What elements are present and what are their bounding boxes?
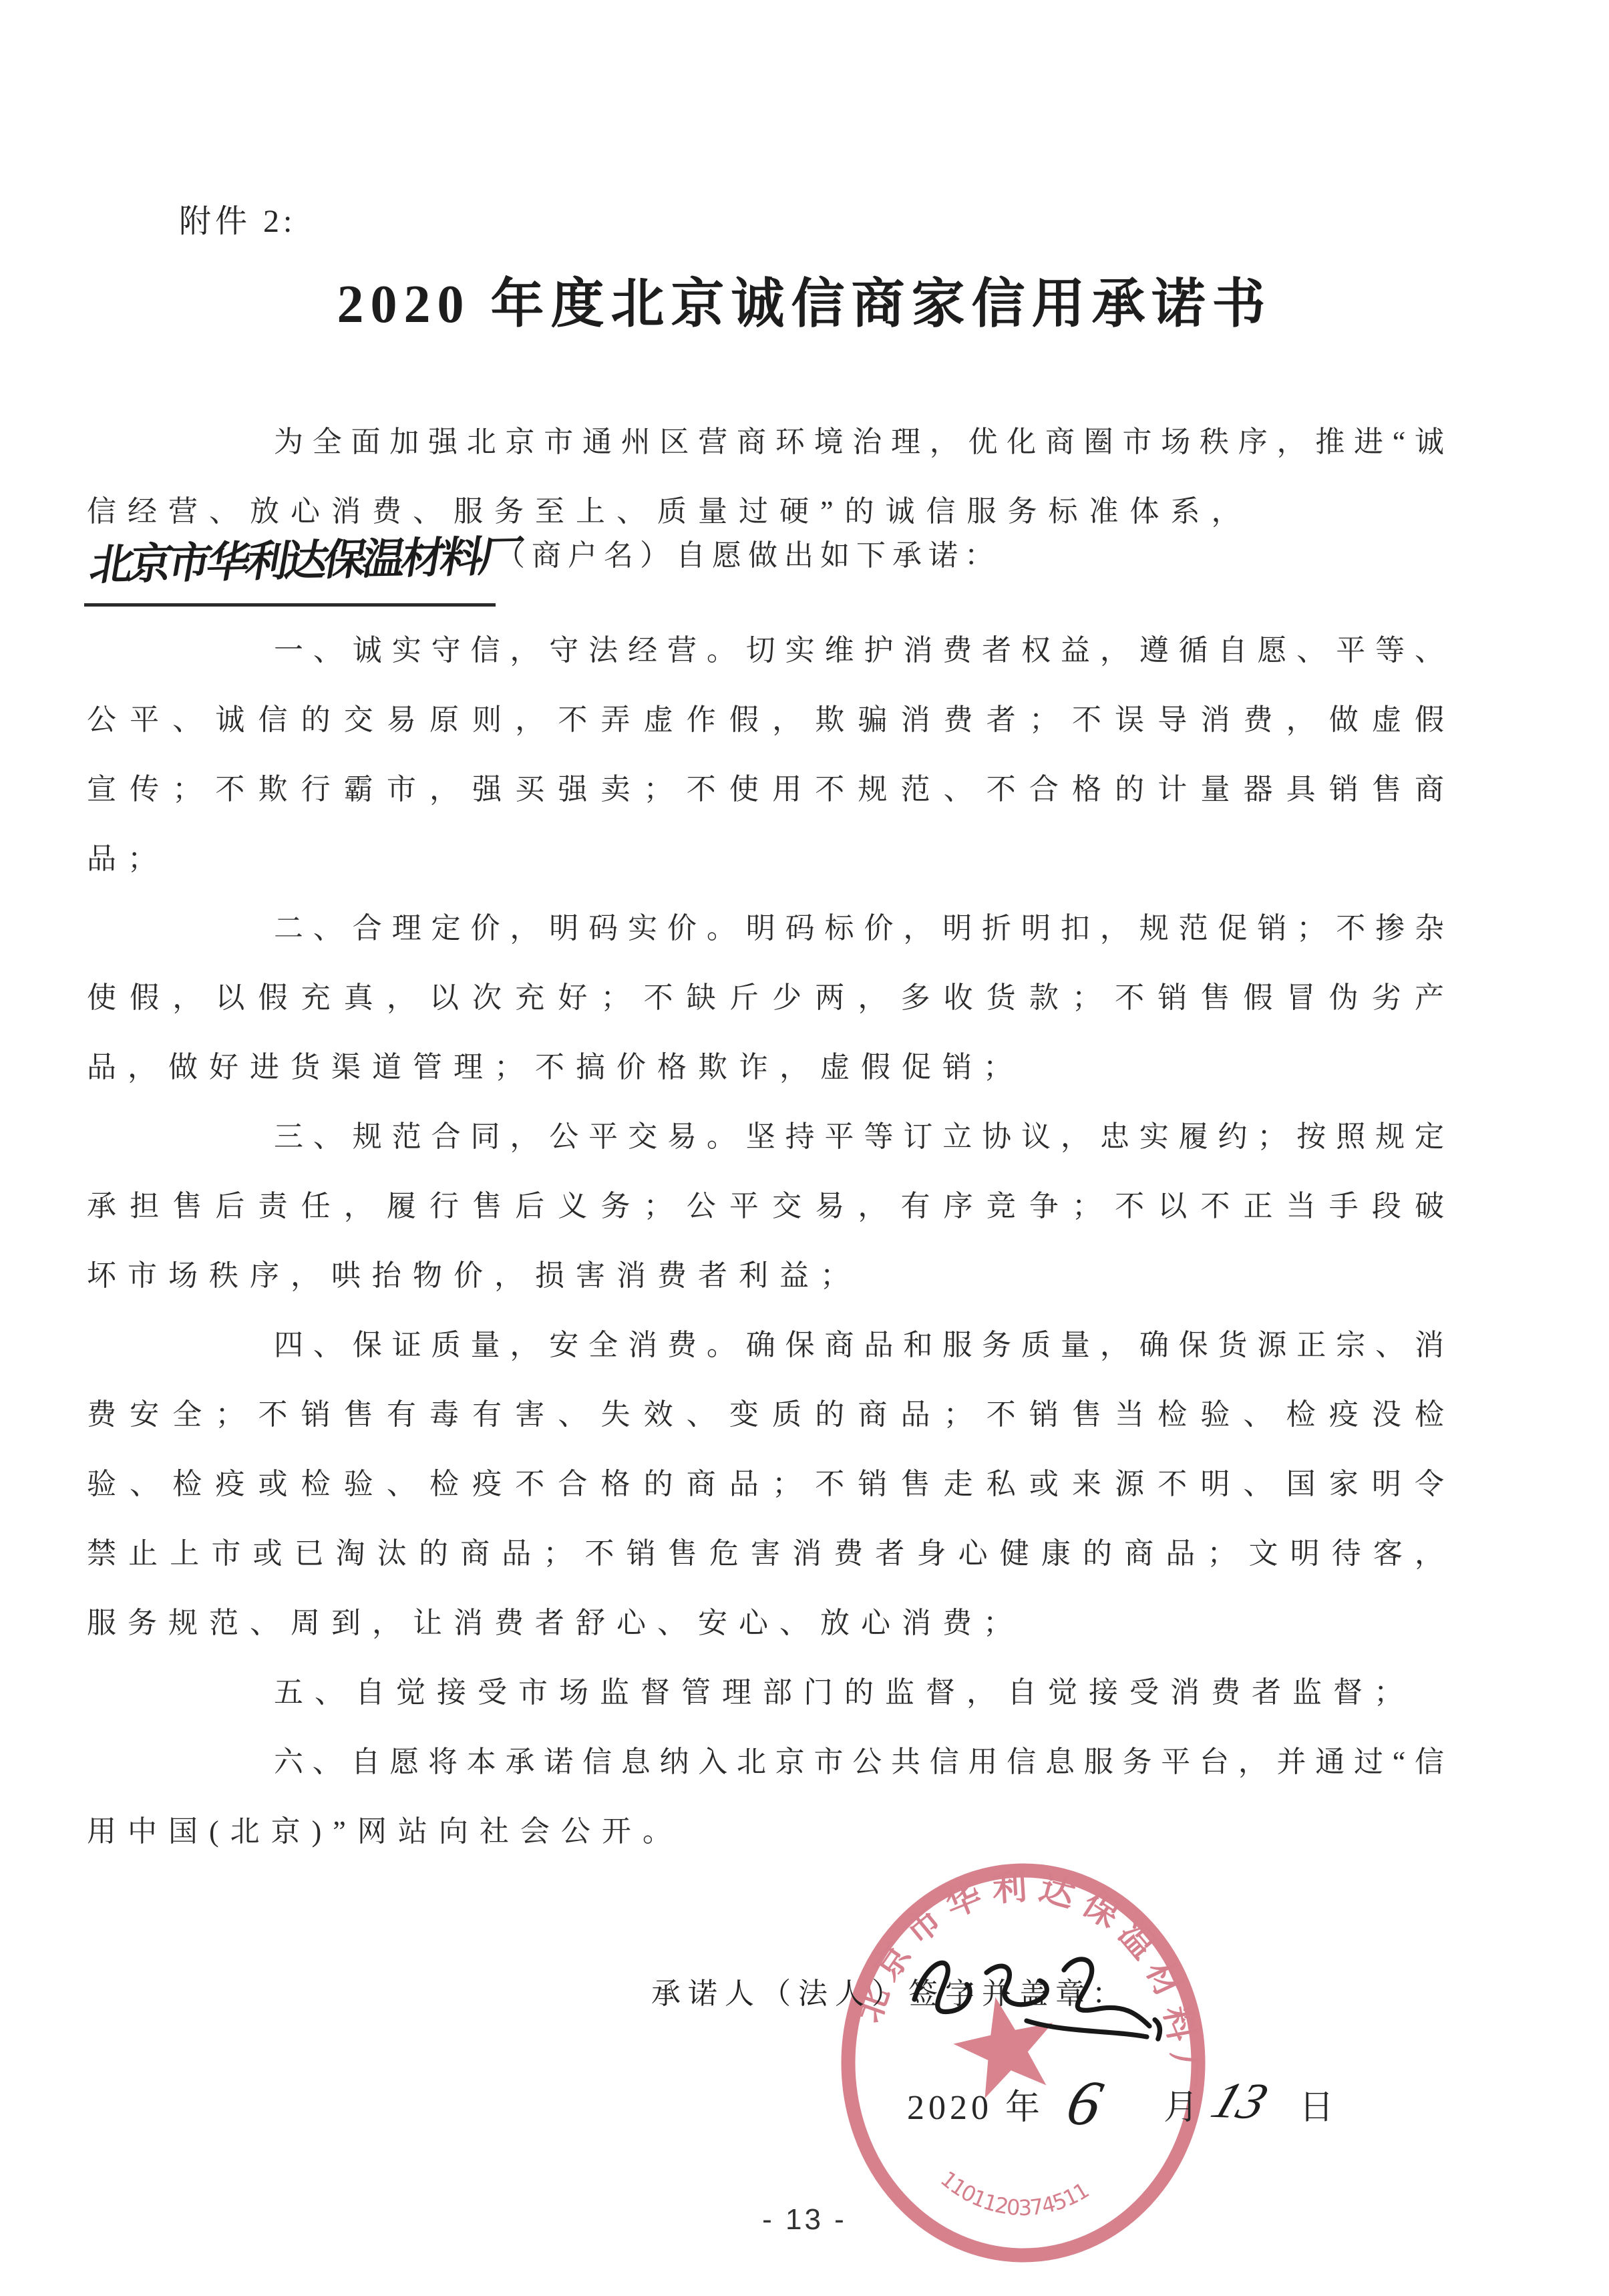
handwritten-day: 13 — [1204, 2072, 1275, 2132]
document-body: 为全面加强北京市通州区营商环境治理，优化商圈市场秩序，推进“诚 信经营、放心消费… — [87, 407, 1445, 1866]
date-year: 2020 年 — [907, 2079, 1044, 2129]
body-line: 品； — [87, 824, 1445, 894]
body-line: 服务规范、周到，让消费者舒心、安心、放心消费； — [87, 1589, 1445, 1658]
document-title: 2020 年度北京诚信商家信用承诺书 — [0, 261, 1609, 337]
body-line: 验、检疫或检验、检疫不合格的商品；不销售走私或来源不明、国家明令 — [87, 1450, 1445, 1519]
signature-scribble — [898, 1941, 1166, 2047]
body-line: 品，做好进货渠道管理；不搞价格欺诈，虚假促销； — [87, 1033, 1445, 1102]
body-line: 为全面加强北京市通州区营商环境治理，优化商圈市场秩序，推进“诚 — [87, 407, 1445, 477]
body-line: 使假，以假充真，以次充好；不缺斤少两，多收货款；不销售假冒伪劣产 — [87, 963, 1445, 1033]
body-line: 三、规范合同，公平交易。坚持平等订立协议，忠实履约；按照规定 — [87, 1102, 1445, 1172]
body-line: 二、合理定价，明码实价。明码标价，明折明扣，规范促销；不掺杂 — [87, 894, 1445, 963]
date-day-unit: 日 — [1299, 2079, 1338, 2129]
handwritten-month: 6 — [1060, 2064, 1110, 2140]
merchant-line-suffix: （商户名）自愿做出如下承诺： — [496, 534, 1001, 577]
body-line: 公平、诚信的交易原则，不弄虚作假，欺骗消费者；不误导消费，做虚假 — [87, 685, 1445, 755]
attachment-label: 附件 2: — [179, 195, 296, 241]
handwritten-merchant-name: 北京市华利达保温材料厂 — [86, 522, 524, 592]
body-line: 宣传；不欺行霸市，强买强卖；不使用不规范、不合格的计量器具销售商 — [87, 755, 1445, 824]
body-line: 坏市场秩序，哄抬物价，损害消费者利益； — [87, 1241, 1445, 1311]
body-line: 五、自觉接受市场监督管理部门的监督，自觉接受消费者监督； — [87, 1658, 1445, 1728]
date-month-unit: 月 — [1164, 2079, 1202, 2129]
body-line: 四、保证质量，安全消费。确保商品和服务质量，确保货源正宗、消 — [87, 1311, 1445, 1380]
merchant-name-underline — [84, 603, 496, 607]
body-line: 费安全；不销售有毒有害、失效、变质的商品；不销售当检验、检疫没检 — [87, 1380, 1445, 1450]
svg-text:1101120374511: 1101120374511 — [936, 2166, 1096, 2221]
body-line: 一、诚实守信，守法经营。切实维护消费者权益，遵循自愿、平等、 — [87, 616, 1445, 685]
body-line: 禁止上市或已淘汰的商品；不销售危害消费者身心健康的商品；文明待客， — [87, 1519, 1445, 1589]
body-line: 承担售后责任，履行售后义务；公平交易，有序竞争；不以不正当手段破 — [87, 1172, 1445, 1241]
body-line: 六、自愿将本承诺信息纳入北京市公共信用信息服务平台，并通过“信 — [87, 1728, 1445, 1797]
body-line: 用中国(北京)”网站向社会公开。 — [87, 1797, 1445, 1866]
date-line: 2020 年 6 月 13 日 — [0, 2070, 1609, 2150]
page-number: - 13 - — [0, 2203, 1609, 2237]
document-page: 附件 2: 2020 年度北京诚信商家信用承诺书 为全面加强北京市通州区营商环境… — [0, 0, 1609, 2296]
seal-number: 1101120374511 — [936, 2166, 1096, 2221]
